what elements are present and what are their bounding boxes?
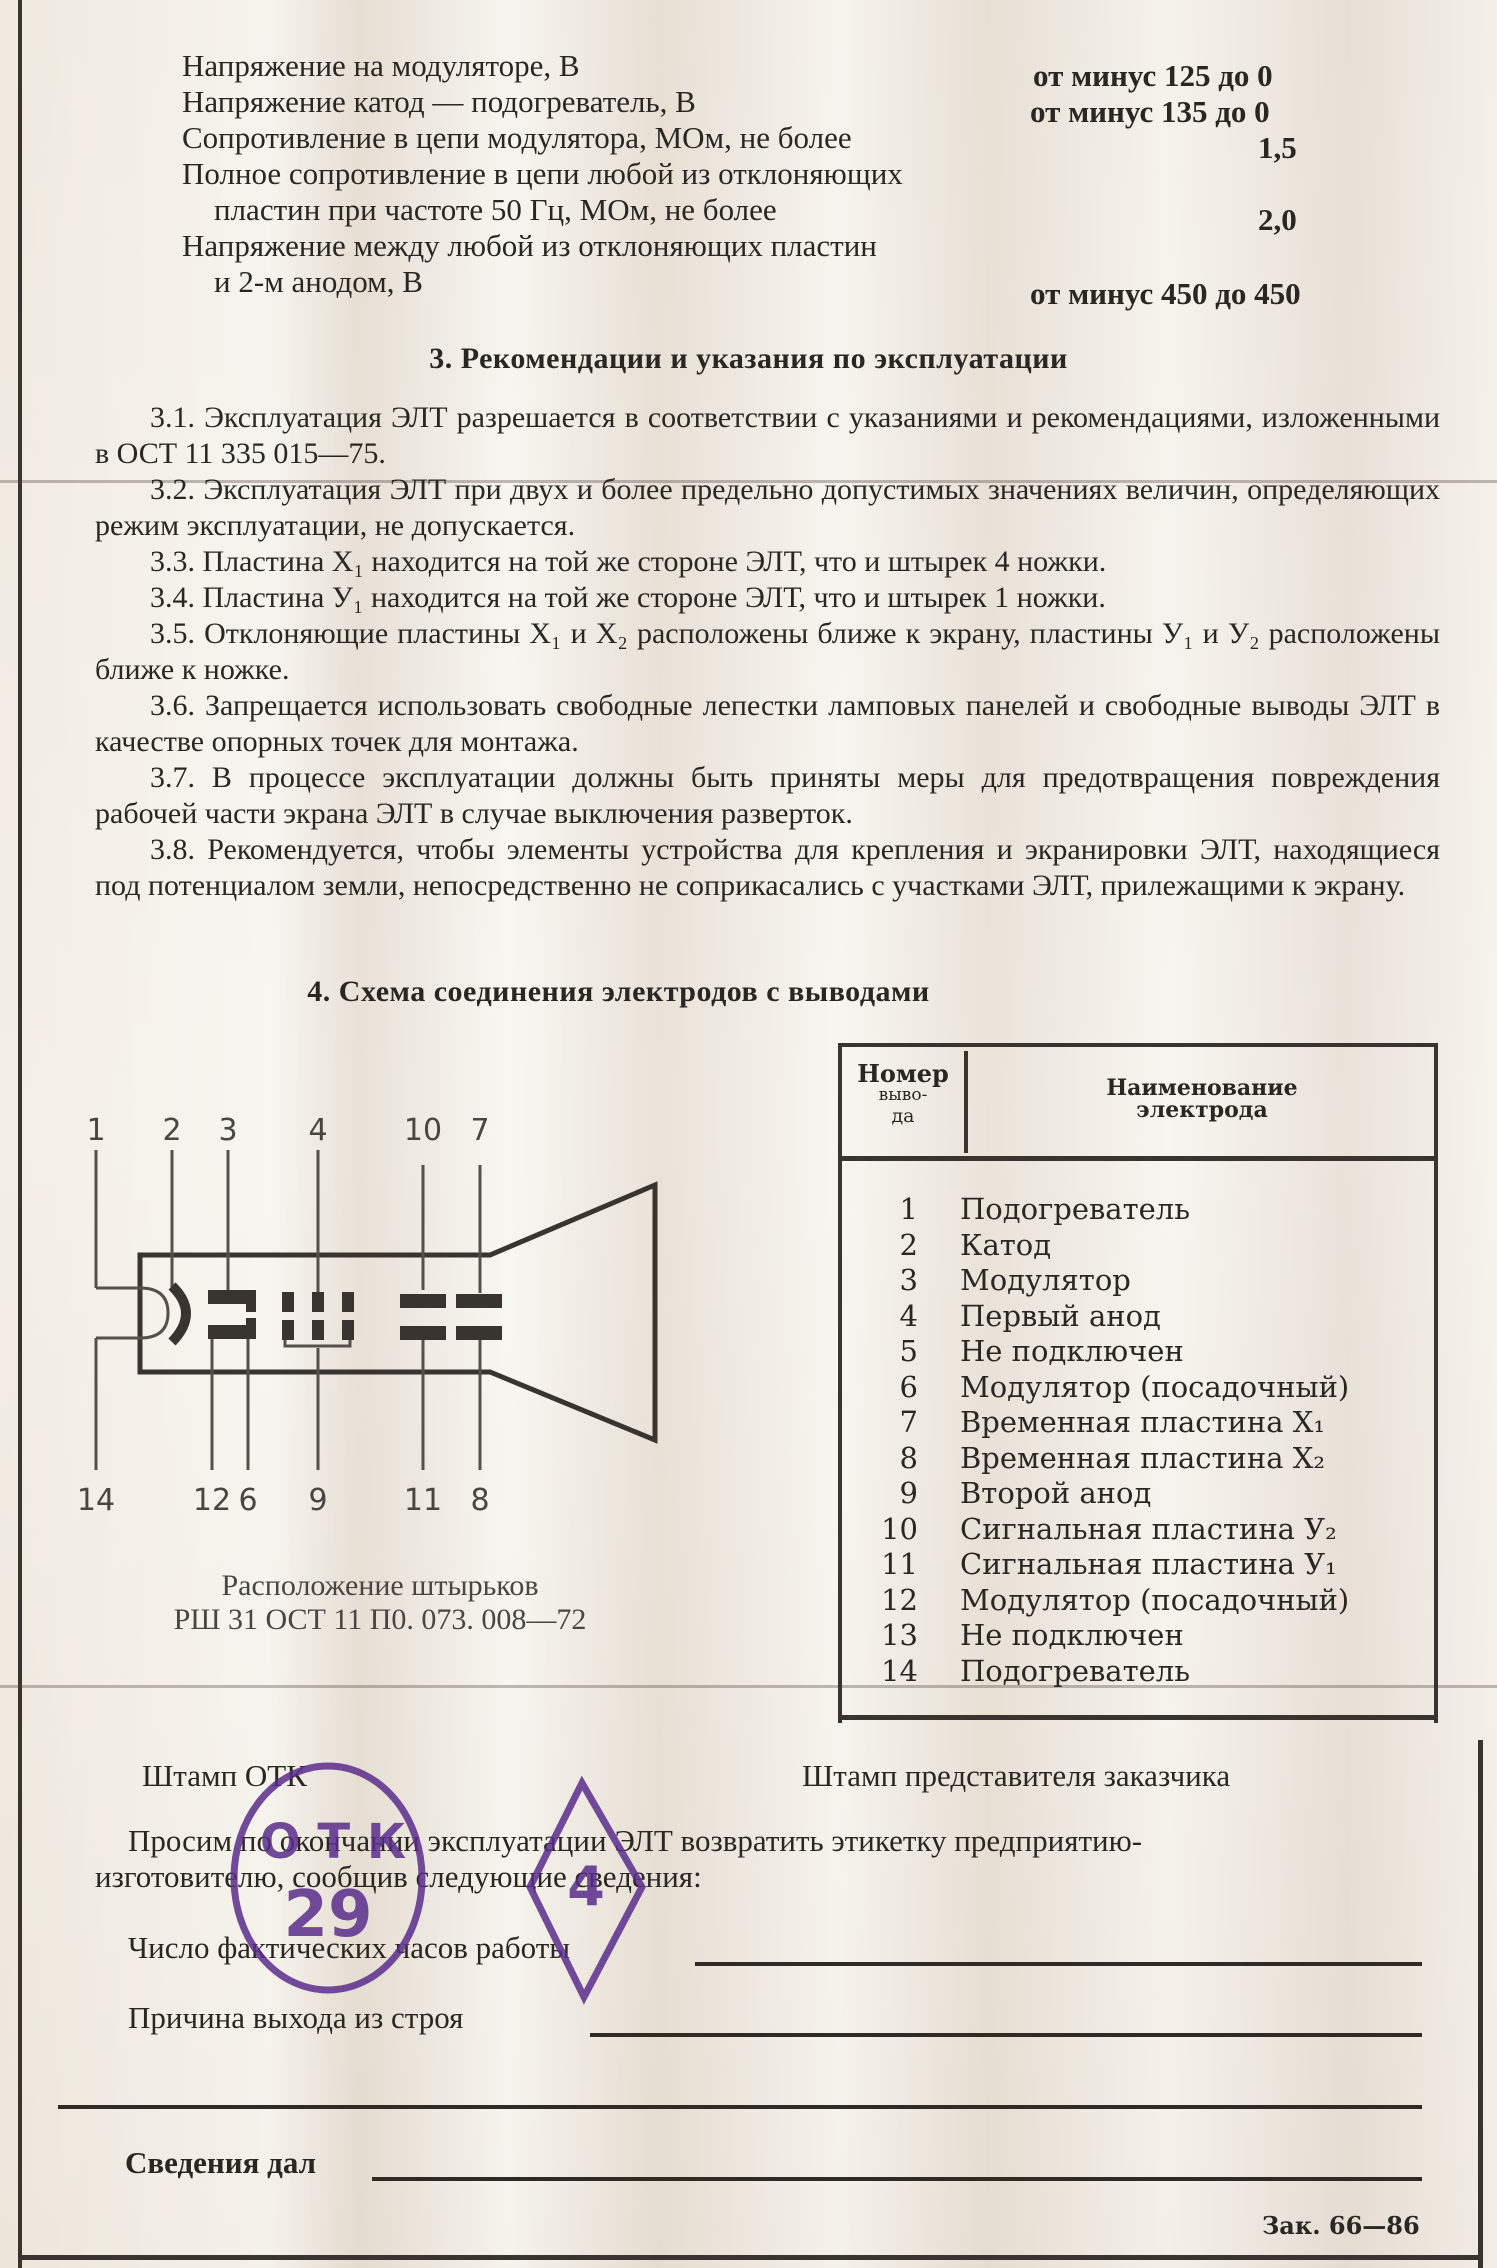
paragraph-3-1: 3.1. Эксплуатация ЭЛТ разрешается в соот… bbox=[95, 400, 1440, 472]
pin-label-top: 3 bbox=[218, 1113, 237, 1148]
spec-label: Напряжение между любой из отклоняющих пл… bbox=[182, 228, 877, 264]
electrode-number: 3 bbox=[842, 1262, 918, 1298]
spec-value: от минус 450 до 450 bbox=[1030, 276, 1301, 312]
header-name-line1: Наименование bbox=[972, 1077, 1432, 1099]
table-header-separator bbox=[842, 1156, 1434, 1161]
electrode-name: Подогреватель bbox=[960, 1653, 1190, 1689]
electrode-number: 6 bbox=[842, 1369, 918, 1405]
spec-label: Полное сопротивление в цепи любой из отк… bbox=[182, 156, 903, 192]
electrode-name: Модулятор bbox=[960, 1262, 1131, 1298]
diagram-caption-line1: Расположение штырьков bbox=[100, 1568, 660, 1604]
spec-label: Напряжение катод — подогреватель, В bbox=[182, 84, 696, 120]
table-header-number: Номер выво- да bbox=[844, 1063, 962, 1127]
header-name-line2: электрода bbox=[972, 1099, 1432, 1121]
spec-value: от минус 125 до 0 bbox=[1033, 58, 1273, 94]
svg-text:О Т К: О Т К bbox=[260, 1814, 406, 1870]
spec-value: 2,0 bbox=[1258, 202, 1297, 238]
electrode-name: Второй анод bbox=[960, 1475, 1151, 1511]
electrode-number: 13 bbox=[842, 1617, 918, 1653]
spec-label-cont: и 2-м анодом, В bbox=[214, 264, 423, 300]
spec-value: от минус 135 до 0 bbox=[1030, 94, 1270, 130]
table-column-separator bbox=[964, 1051, 968, 1153]
pin-label-top: 7 bbox=[470, 1113, 489, 1148]
header-num-line2: выво- bbox=[844, 1085, 962, 1105]
paragraph-3-6: 3.6. Запрещается использовать свободные … bbox=[95, 688, 1440, 760]
electrode-name: Не подключен bbox=[960, 1333, 1184, 1369]
field-informant-input[interactable] bbox=[372, 2177, 1422, 2181]
header-num-line1: Номер bbox=[844, 1063, 962, 1085]
paragraph-3-2: 3.2. Эксплуатация ЭЛТ при двух и более п… bbox=[95, 472, 1440, 544]
customer-stamp-label: Штамп представителя заказчика bbox=[802, 1758, 1230, 1794]
diamond-ink-stamp: 4 bbox=[522, 1775, 652, 2005]
svg-text:4: 4 bbox=[567, 1855, 605, 1918]
electrode-name: Сигнальная пластина У₁ bbox=[960, 1546, 1337, 1582]
electrode-name: Временная пластина X₂ bbox=[960, 1440, 1325, 1476]
pin-label-top: 4 bbox=[308, 1113, 327, 1148]
table-border-top bbox=[842, 1043, 1434, 1047]
electrode-name: Подогреватель bbox=[960, 1191, 1190, 1227]
page-border-bottom bbox=[18, 2255, 1483, 2260]
electrode-number: 14 bbox=[842, 1653, 918, 1689]
field-reason-input[interactable] bbox=[590, 2033, 1422, 2037]
electrode-name: Модулятор (посадочный) bbox=[960, 1582, 1349, 1618]
field-informant-label: Сведения дал bbox=[125, 2145, 316, 2181]
page-border-left bbox=[18, 0, 22, 2268]
electrode-number: 9 bbox=[842, 1475, 918, 1511]
svg-text:29: 29 bbox=[283, 1878, 372, 1952]
section-3-paragraphs: 3.1. Эксплуатация ЭЛТ разрешается в соот… bbox=[95, 400, 1440, 904]
section-3-title: 3. Рекомендации и указания по эксплуатац… bbox=[0, 342, 1497, 376]
field-hours-input[interactable] bbox=[695, 1962, 1422, 1966]
spec-value: 1,5 bbox=[1258, 130, 1297, 166]
field-reason-label: Причина выхода из строя bbox=[128, 2000, 463, 2036]
pin-label-top: 1 bbox=[86, 1113, 105, 1148]
electrode-number: 11 bbox=[842, 1546, 918, 1582]
paragraph-3-4: 3.4. Пластина У₁ находится на той же сто… bbox=[95, 580, 1440, 616]
pin-label-bottom: 6 bbox=[238, 1483, 257, 1518]
pin-label-top: 10 bbox=[404, 1113, 442, 1148]
pin-label-bottom: 12 bbox=[193, 1483, 231, 1518]
paragraph-3-7: 3.7. В процессе эксплуатации должны быть… bbox=[95, 760, 1440, 832]
electrode-number: 10 bbox=[842, 1511, 918, 1547]
otk-ink-stamp: О Т К 29 bbox=[228, 1758, 438, 1998]
pin-label-top: 2 bbox=[162, 1113, 181, 1148]
crt-pin-diagram: 1 2 3 4 10 7 14 12 6 9 11 8 bbox=[60, 1110, 680, 1530]
electrode-name: Временная пластина X₁ bbox=[960, 1404, 1325, 1440]
electrode-name: Сигнальная пластина У₂ bbox=[960, 1511, 1337, 1547]
field-reason-input-line2[interactable] bbox=[58, 2105, 1422, 2109]
table-header-name: Наименование электрода bbox=[972, 1077, 1432, 1121]
electrode-number: 2 bbox=[842, 1227, 918, 1263]
electrode-number: 12 bbox=[842, 1582, 918, 1618]
section-4-title: 4. Схема соединения электродов с выводам… bbox=[0, 975, 1367, 1009]
pin-label-bottom: 8 bbox=[470, 1483, 489, 1518]
pin-label-bottom: 11 bbox=[404, 1483, 442, 1518]
page-border-right bbox=[1478, 1740, 1483, 2268]
electrode-number: 4 bbox=[842, 1298, 918, 1334]
paragraph-3-3: 3.3. Пластина X₁ находится на той же сто… bbox=[95, 544, 1440, 580]
electrode-name: Катод bbox=[960, 1227, 1051, 1263]
electrode-name: Не подключен bbox=[960, 1617, 1184, 1653]
spec-label-cont: пластин при частоте 50 Гц, МОм, не более bbox=[214, 192, 777, 228]
spec-label: Сопротивление в цепи модулятора, МОм, не… bbox=[182, 120, 852, 156]
header-num-line3: да bbox=[844, 1105, 962, 1127]
diagram-caption-line2: РШ 31 ОСТ 11 П0. 073. 008—72 bbox=[100, 1602, 660, 1638]
electrode-number: 1 bbox=[842, 1191, 918, 1227]
pin-label-bottom: 9 bbox=[308, 1483, 327, 1518]
electrode-name: Первый анод bbox=[960, 1298, 1161, 1334]
electrode-number: 5 bbox=[842, 1333, 918, 1369]
paragraph-3-5: 3.5. Отклоняющие пластины X₁ и X₂ распол… bbox=[95, 616, 1440, 688]
electrode-number: 7 bbox=[842, 1404, 918, 1440]
order-number: Зак. 66—86 bbox=[1262, 2208, 1420, 2244]
spec-label: Напряжение на модуляторе, В bbox=[182, 48, 580, 84]
electrode-number: 8 bbox=[842, 1440, 918, 1476]
paragraph-3-8: 3.8. Рекомендуется, чтобы элементы устро… bbox=[95, 832, 1440, 904]
electrode-table: Номер выво- да Наименование электрода 1П… bbox=[838, 1043, 1438, 1723]
electrode-name: Модулятор (посадочный) bbox=[960, 1369, 1349, 1405]
table-border-bottom bbox=[842, 1715, 1434, 1720]
pin-label-bottom: 14 bbox=[77, 1483, 115, 1518]
